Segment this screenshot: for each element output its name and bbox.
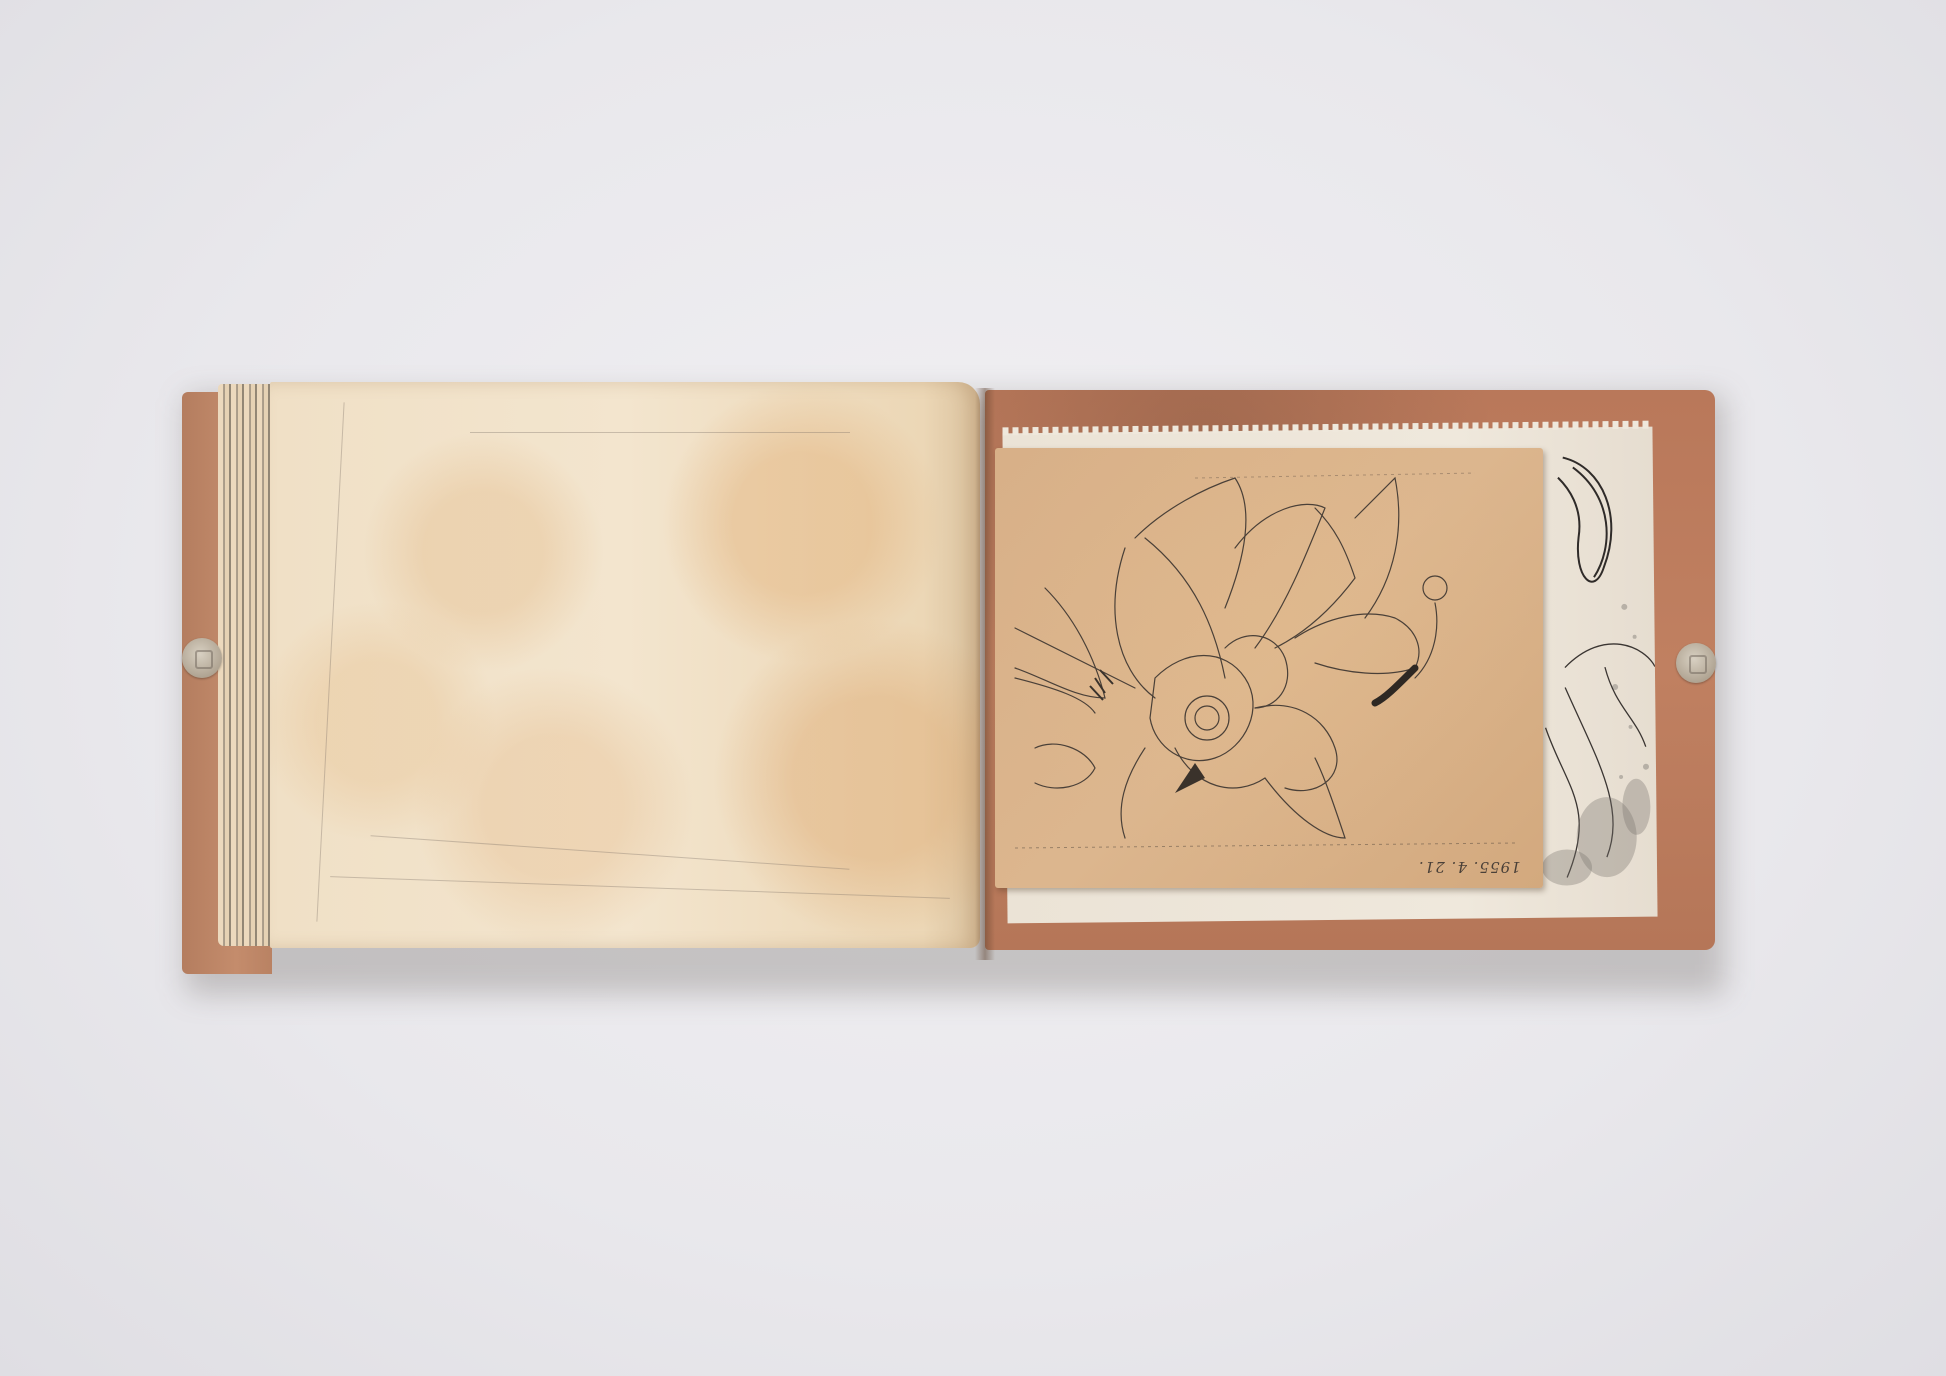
- faint-pencil-line: [316, 402, 344, 921]
- flower-pencil-drawing: [995, 448, 1543, 888]
- left-blank-page: [270, 382, 980, 948]
- date-inscription: 1955. 4. 21.: [1418, 858, 1521, 876]
- gutter-shadow: [975, 388, 995, 960]
- faint-pencil-line: [330, 876, 950, 899]
- left-rivet: [182, 638, 222, 678]
- pencil-sketch-card: 1955. 4. 21.: [995, 448, 1543, 888]
- faint-pencil-line: [470, 432, 850, 433]
- faint-pencil-line: [371, 835, 850, 869]
- right-rivet: [1676, 643, 1716, 683]
